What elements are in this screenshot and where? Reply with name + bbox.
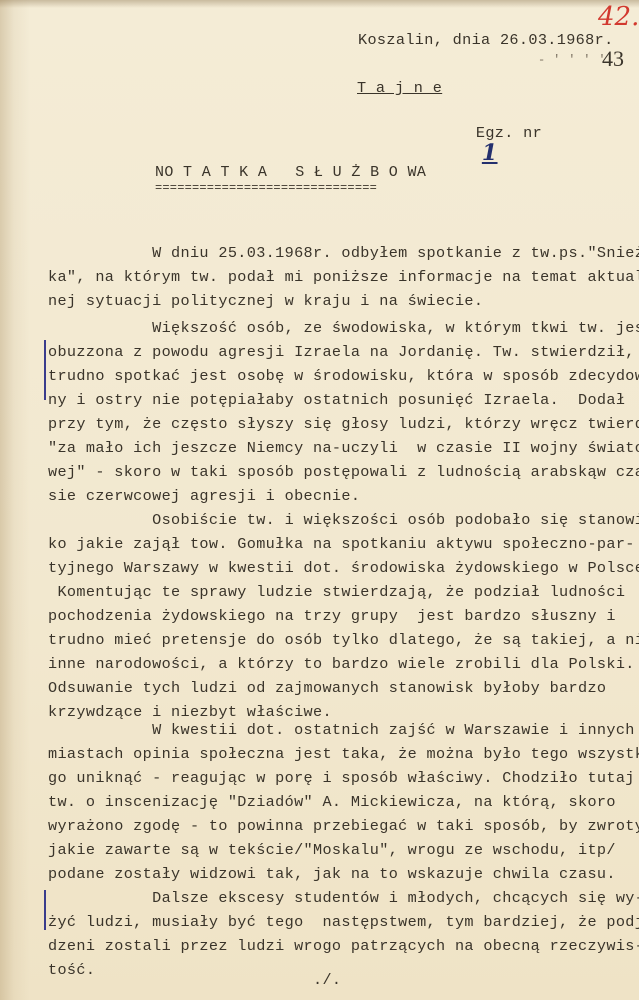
memo-line: jakie zawarte są w tekście/"Moskalu", wr… bbox=[48, 840, 616, 860]
stamp-dashes: - ' ' ' ' bbox=[538, 50, 606, 70]
memo-line: miastach opinia społeczna jest taka, że … bbox=[48, 744, 639, 764]
archive-page-stamp: 43 bbox=[602, 46, 624, 72]
memo-line: Komentując te sprawy ludzie stwierdzają,… bbox=[48, 582, 625, 602]
memo-line: tw. o inscenizację "Dziadów" A. Mickiewi… bbox=[48, 792, 616, 812]
memo-line: go uniknąć - reagując w porę i sposób wł… bbox=[48, 768, 635, 788]
continuation-mark: ./. bbox=[313, 970, 341, 990]
memo-line: żyć ludzi, musiały być tego następstwem,… bbox=[48, 912, 639, 932]
memo-line: Dalsze ekscesy studentów i młodych, chcą… bbox=[48, 888, 639, 908]
copy-number: 1 bbox=[482, 140, 498, 166]
memo-line: krzywdzące i niezbyt właściwe. bbox=[48, 702, 332, 722]
margin-ink-mark bbox=[44, 890, 46, 930]
memo-line: podane zostały widzowi tak, jak na to ws… bbox=[48, 864, 616, 884]
memo-line: sie czerwcowej agresji i obecnie. bbox=[48, 486, 360, 506]
memo-line: nej sytuacji politycznej w kraju i na św… bbox=[48, 291, 483, 311]
copy-number-label: Egz. nr 1 bbox=[438, 103, 542, 186]
memo-line: ny i ostry nie potępiałaby ostatnich pos… bbox=[48, 390, 625, 410]
document-page: 42. Koszalin, dnia 26.03.1968r. - ' ' ' … bbox=[0, 0, 639, 1000]
memo-line: Większość osób, ze śwodowiska, w którym … bbox=[48, 318, 639, 338]
memo-line: Odsuwanie tych ludzi od zajmowanych stan… bbox=[48, 678, 606, 698]
archive-page-number-handwritten: 42. bbox=[598, 2, 639, 32]
margin-ink-mark bbox=[44, 340, 46, 400]
memo-line: tość. bbox=[48, 960, 95, 980]
memo-line: trudno spotkać jest osobę w środowisku, … bbox=[48, 366, 639, 386]
memo-line: inne narodowości, a którzy to bardzo wie… bbox=[48, 654, 635, 674]
memo-line: "za mało ich jeszcze Niemcy na-uczyli w … bbox=[48, 438, 639, 458]
memo-line: wyrażono zgodę - to powinna przebiegać w… bbox=[48, 816, 639, 836]
title-underline: ============================== bbox=[155, 178, 377, 198]
memo-line: Osobiście tw. i większości osób podobało… bbox=[48, 510, 639, 530]
classification-secret: T a j n e bbox=[357, 78, 442, 98]
memo-line: pochodzenia żydowskiego na trzy grupy je… bbox=[48, 606, 616, 626]
memo-line: W dniu 25.03.1968r. odbyłem spotkanie z … bbox=[48, 243, 639, 263]
memo-line: dzeni zostali przez ludzi wrogo patrzący… bbox=[48, 936, 639, 956]
memo-line: W kwestii dot. ostatnich zajść w Warszaw… bbox=[48, 720, 635, 740]
memo-line: trudno mieć pretensje do osób tylko dlat… bbox=[48, 630, 639, 650]
memo-line: wej" - skoro w taki sposób postępowali z… bbox=[48, 462, 639, 482]
place-and-date: Koszalin, dnia 26.03.1968r. bbox=[358, 30, 614, 50]
memo-line: obuzzona z powodu agresji Izraela na Jor… bbox=[48, 342, 639, 362]
memo-line: ko jakie zajął tow. Gomułka na spotkaniu… bbox=[48, 534, 635, 554]
memo-line: przy tym, że często słyszy się głosy lud… bbox=[48, 414, 639, 434]
memo-line: tyjnego Warszawy w kwestii dot. środowis… bbox=[48, 558, 639, 578]
memo-line: ka", na którym tw. podał mi poniższe inf… bbox=[48, 267, 639, 287]
